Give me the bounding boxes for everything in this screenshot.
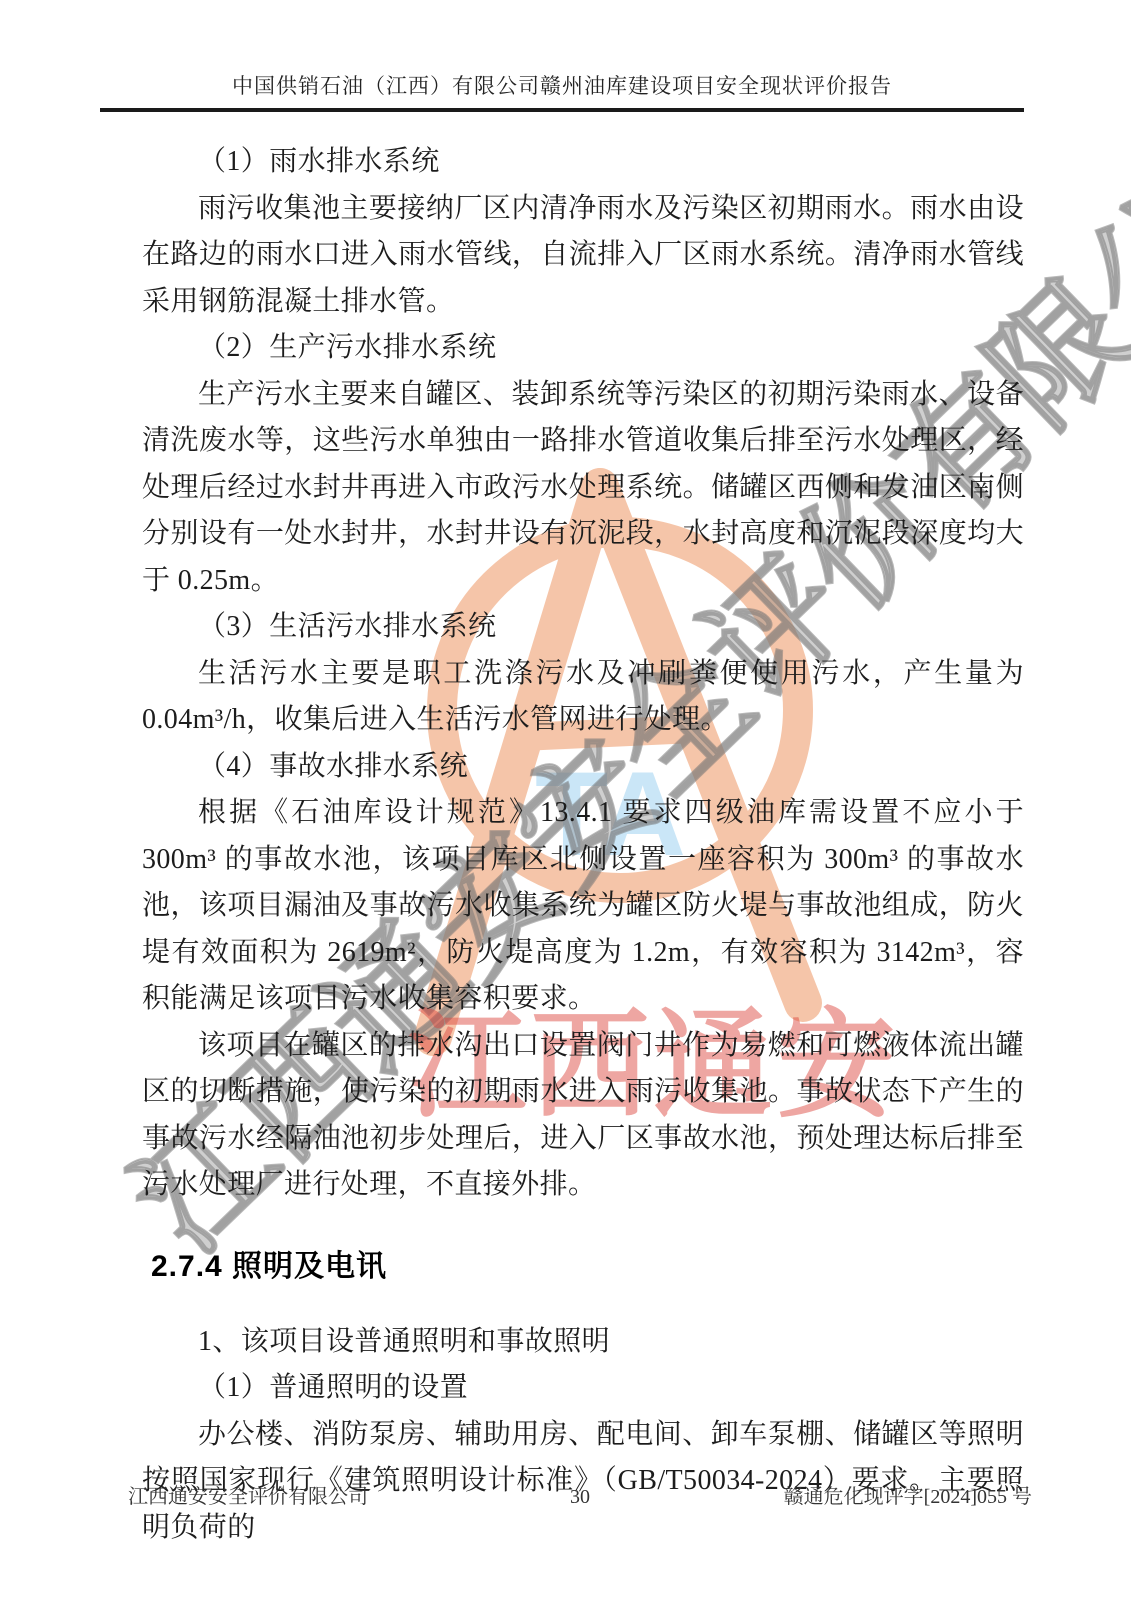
subheading-rainwater-system: （1）雨水排水系统 xyxy=(142,139,1024,186)
section-heading-lighting: 2.7.4 照明及电讯 xyxy=(142,1239,1024,1295)
subheading-domestic-sewage: （3）生活污水排水系统 xyxy=(142,604,1024,651)
paragraph-accident-pool: 根据《石油库设计规范》13.4.1 要求四级油库需设置不应小于 300m³ 的事… xyxy=(142,790,1024,1023)
subheading-lighting-types: 1、该项目设普通照明和事故照明 xyxy=(142,1319,1024,1366)
header-title: 中国供销石油（江西）有限公司赣州油库建设项目安全现状评价报告 xyxy=(100,70,1024,100)
subheading-production-sewage: （2）生产污水排水系统 xyxy=(142,325,1024,372)
document-page: TA 江西通安安全评价有限公司 江西通安 中国供销石油（江西）有限公司赣州油库建… xyxy=(0,0,1131,1600)
paragraph-valve-well: 该项目在罐区的排水沟出口设置阀门井作为易燃和可燃液体流出罐区的切断措施，使污染的… xyxy=(142,1023,1024,1209)
subheading-normal-lighting: （1）普通照明的设置 xyxy=(142,1365,1024,1412)
document-body: （1）雨水排水系统 雨污收集池主要接纳厂区内清净雨水及污染区初期雨水。雨水由设在… xyxy=(142,139,1024,1551)
paragraph-rainwater: 雨污收集池主要接纳厂区内清净雨水及污染区初期雨水。雨水由设在路边的雨水口进入雨水… xyxy=(142,186,1024,326)
paragraph-domestic-sewage: 生活污水主要是职工洗涤污水及冲刷粪便使用污水，产生量为 0.04m³/h，收集后… xyxy=(142,651,1024,744)
header-rule xyxy=(100,108,1024,112)
paragraph-production-sewage: 生产污水主要来自罐区、装卸系统等污染区的初期污染雨水、设备清洗废水等，这些污水单… xyxy=(142,372,1024,605)
footer-document-code: 赣通危化现评字[2024]055 号 xyxy=(784,1480,1032,1509)
subheading-accident-water: （4）事故水排水系统 xyxy=(142,744,1024,791)
